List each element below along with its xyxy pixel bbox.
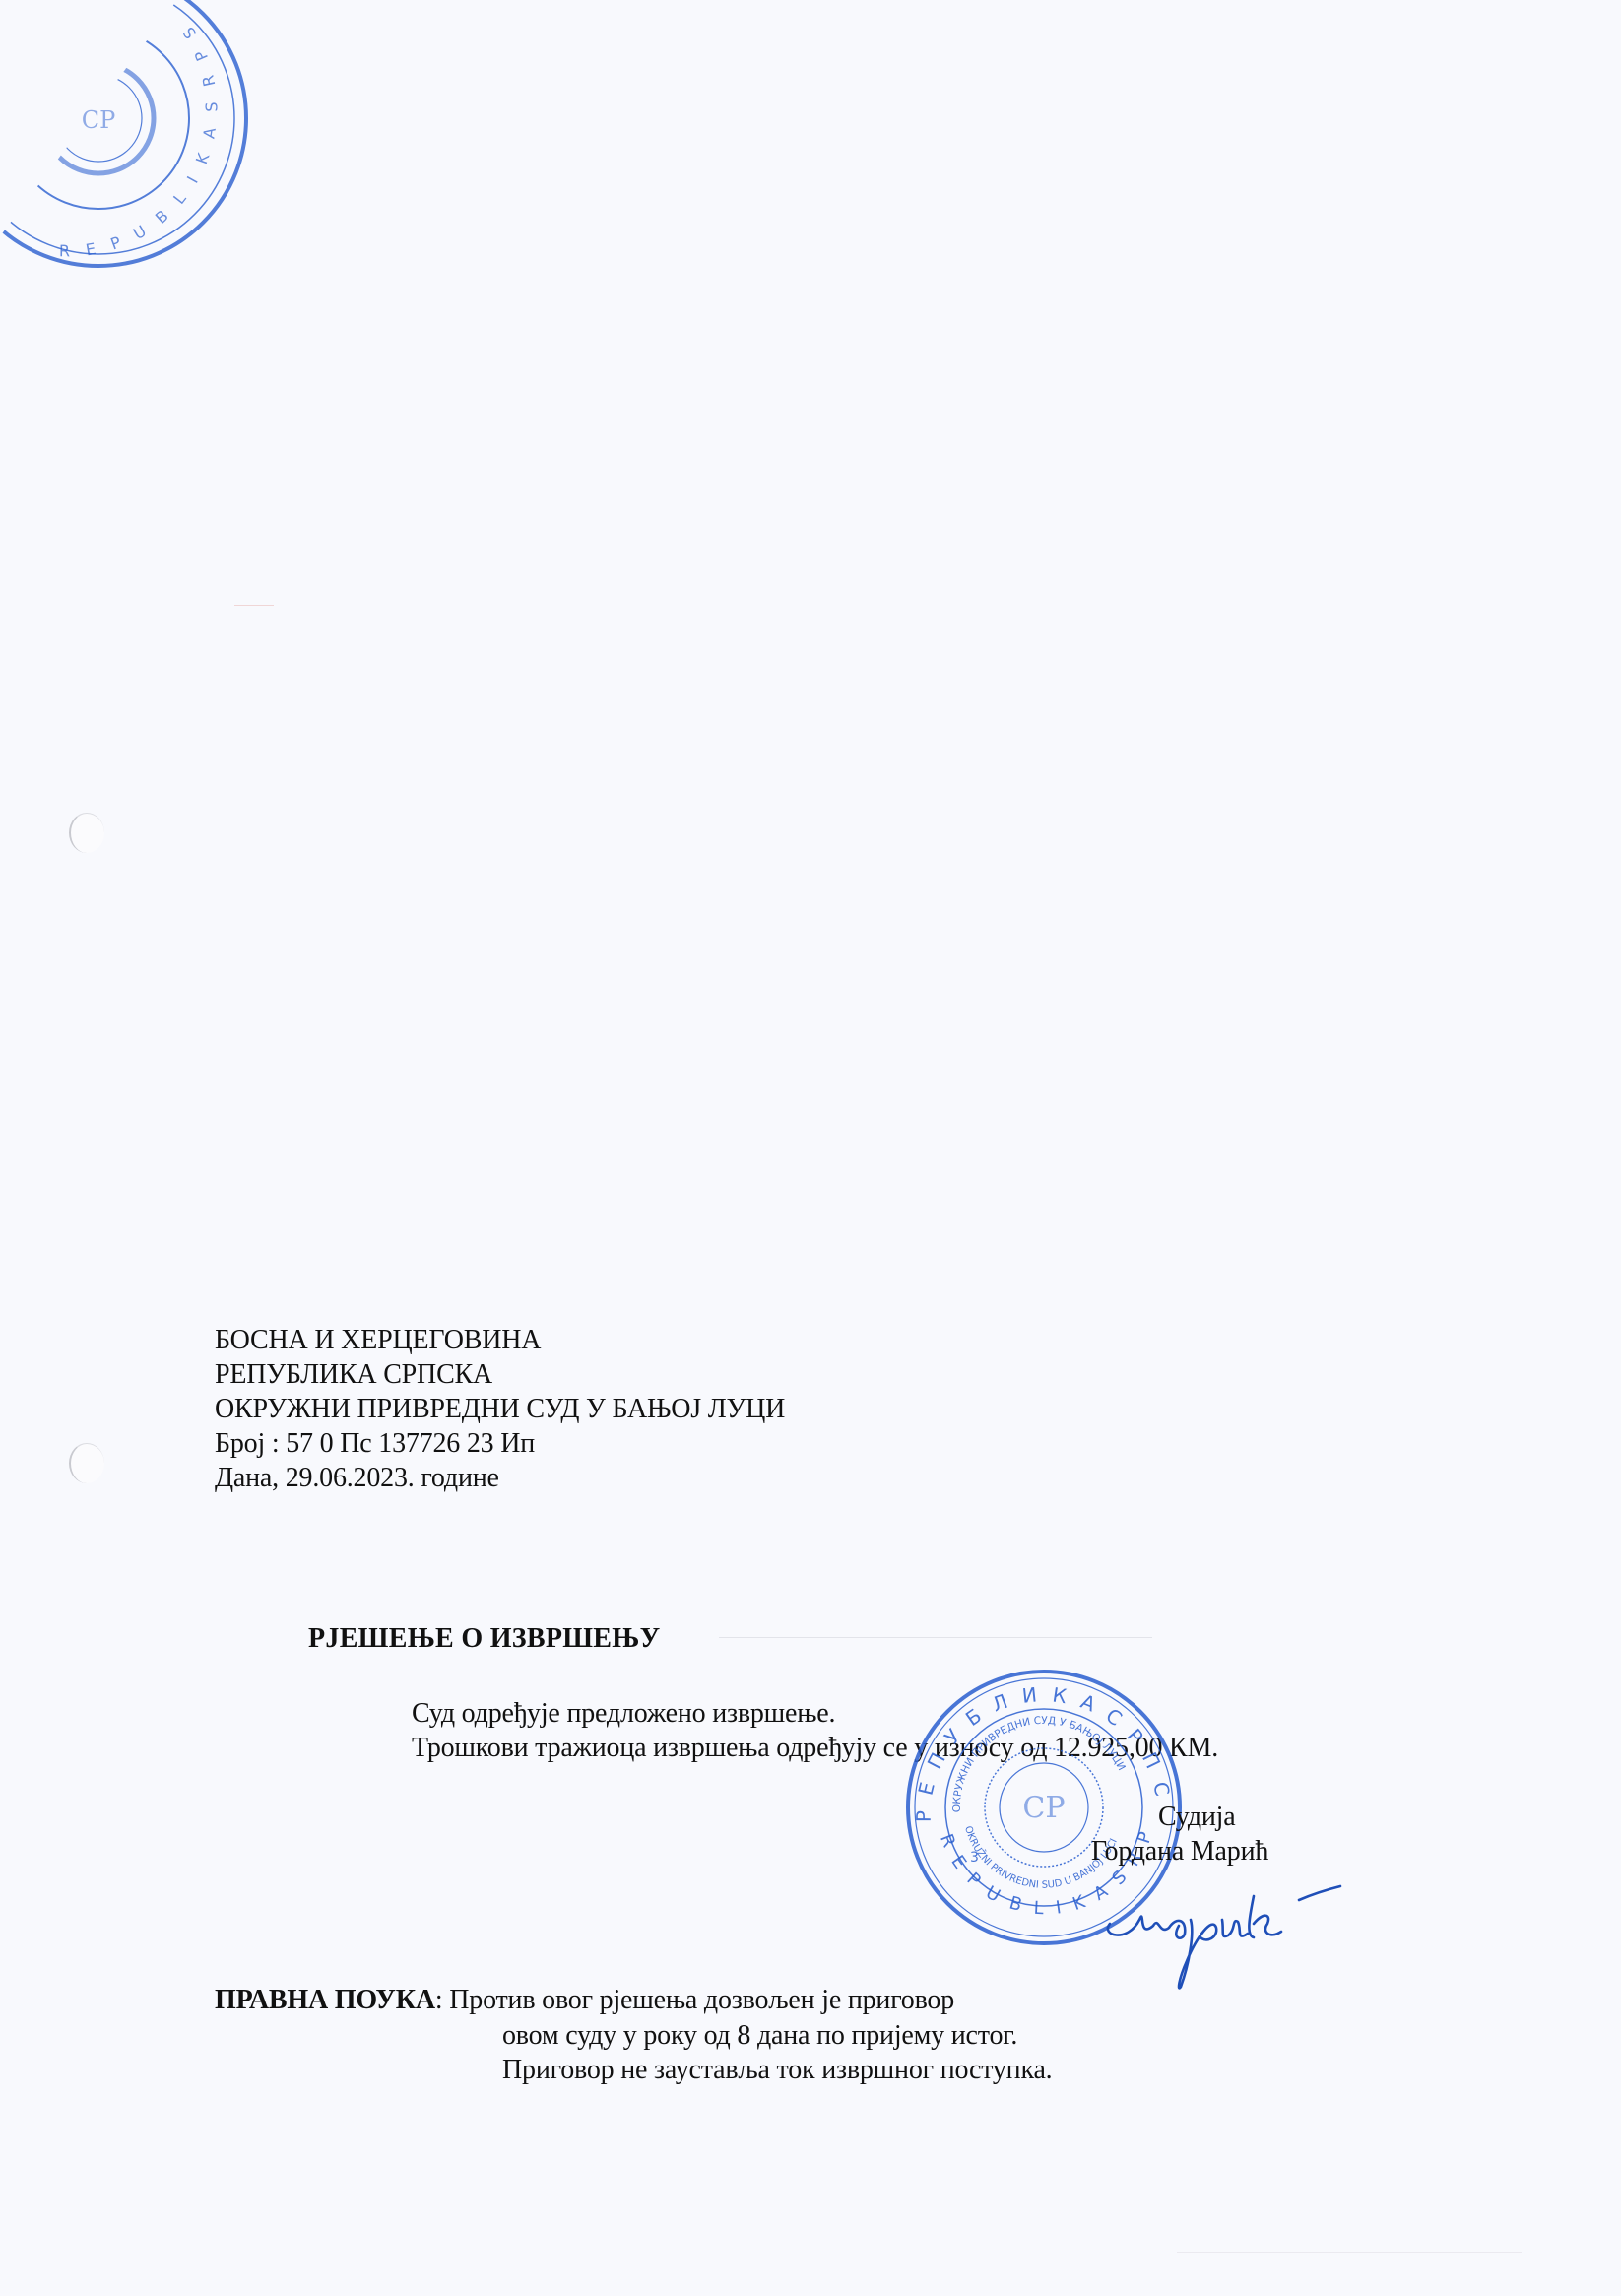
svg-text:СР: СР: [82, 106, 116, 134]
document-date: Дана, 29.06.2023. године: [215, 1461, 785, 1495]
svg-text:R E P U B L I K A S R P S K: R E P U B L I K A S R P S K A: [0, 0, 221, 260]
scan-artifact: [234, 605, 274, 606]
legal-instruction-line: овом суду у року од 8 дана по пријему ис…: [502, 2018, 1052, 2053]
legal-instruction-continued: овом суду у року од 8 дана по пријему ис…: [502, 2018, 1052, 2087]
hole-punch-mark: [69, 1443, 104, 1483]
header-entity: РЕПУБЛИКА СРПСКА: [215, 1357, 785, 1392]
svg-text:СР: СР: [1022, 1791, 1065, 1825]
handwritten-signature: [1088, 1876, 1344, 1995]
header-court: ОКРУЖНИ ПРИВРЕДНИ СУД У БАЊОЈ ЛУЦИ: [215, 1392, 785, 1426]
ruling-line: Трошкови тражиоца извршења одређују се у…: [412, 1731, 1218, 1765]
document-title: РЈЕШЕЊЕ О ИЗВРШЕЊУ: [308, 1623, 660, 1655]
court-stamp-partial: R E P U B L I K A S R P S K A СР: [0, 0, 295, 295]
legal-instruction: ПРАВНА ПОУКА: Против овог рјешења дозвољ…: [215, 1983, 954, 2017]
ruling-body: Суд одређује предложено извршење. Трошко…: [412, 1696, 1218, 1765]
judge-role: Судија: [1158, 1800, 1235, 1834]
legal-instruction-line: Против овог рјешења дозвољен је приговор: [449, 1985, 954, 2015]
ruling-line: Суд одређује предложено извршење.: [412, 1696, 1218, 1731]
svg-text:3: 3: [970, 1850, 979, 1866]
legal-instruction-label: ПРАВНА ПОУКА: [215, 1985, 435, 2015]
court-header: БОСНА И ХЕРЦЕГОВИНА РЕПУБЛИКА СРПСКА ОКР…: [215, 1323, 785, 1495]
legal-instruction-line: Приговор не зауставља ток извршног посту…: [502, 2053, 1052, 2087]
case-number: Број : 57 0 Пс 137726 23 Ип: [215, 1426, 785, 1461]
judge-name: Гордана Марић: [1091, 1834, 1268, 1869]
hole-punch-mark: [69, 813, 104, 853]
header-country: БОСНА И ХЕРЦЕГОВИНА: [215, 1323, 785, 1357]
legal-instruction-separator: :: [435, 1985, 449, 2015]
scan-artifact-rule: [719, 1637, 1152, 1638]
scan-artifact: [1177, 2252, 1522, 2253]
